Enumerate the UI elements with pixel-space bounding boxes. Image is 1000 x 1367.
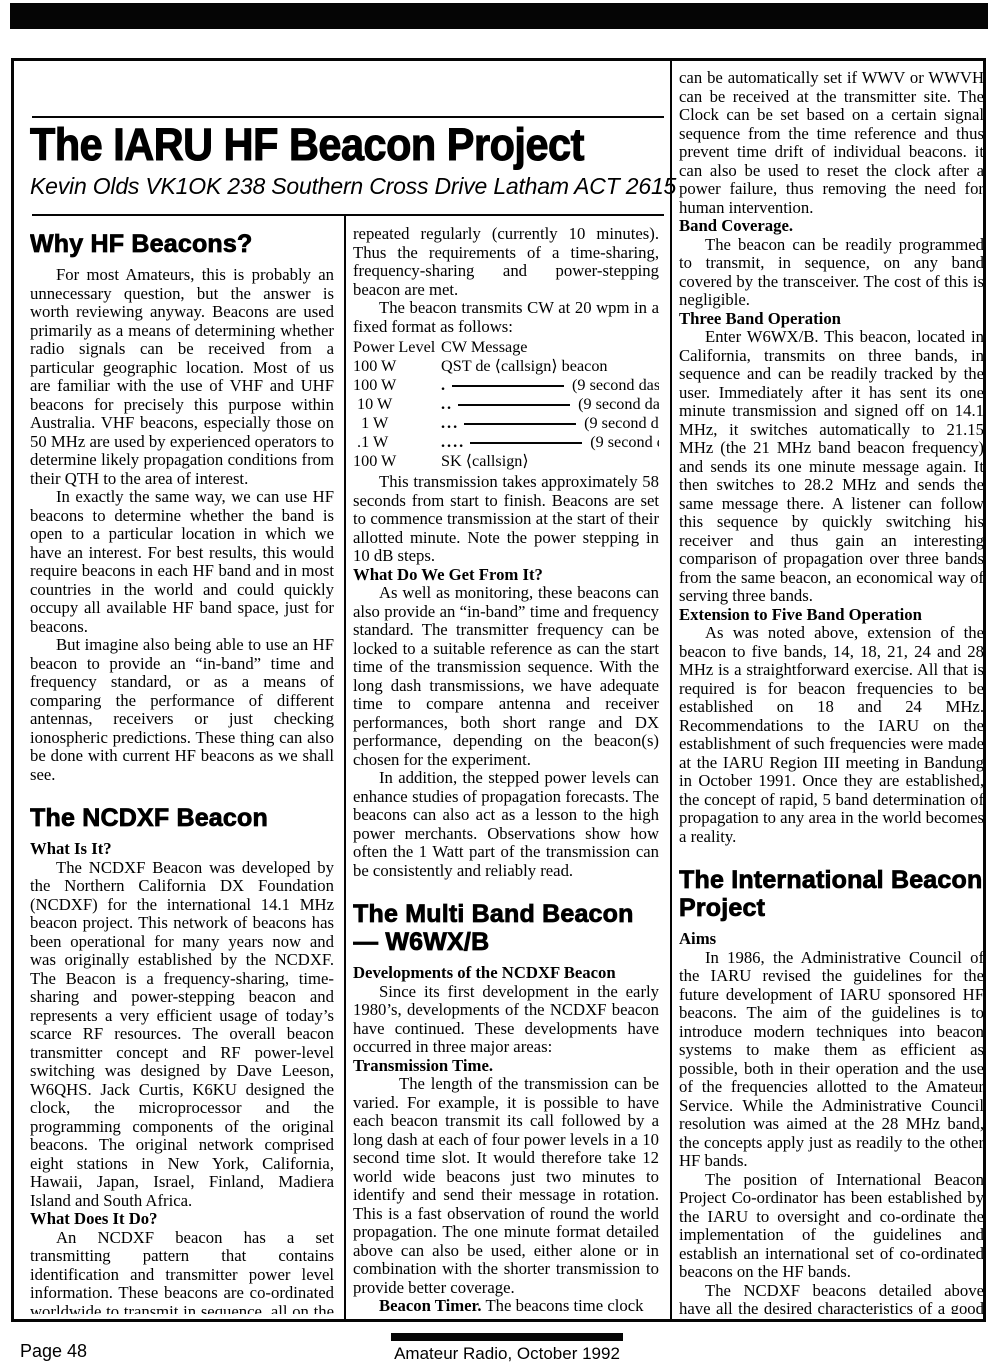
cw-message: ..(9 second dash) [441,395,659,414]
long-dash-line [464,423,576,426]
article-title: The IARU HF Beacon Project [30,121,584,169]
top-rule-bar [10,3,988,29]
cw-message: ...(9 second dash) [441,414,659,433]
column-2: repeated regularly (currently 10 minutes… [353,225,659,1314]
dash-duration-note: (9 second dash) [584,414,659,432]
column-divider-left [344,214,346,1319]
magazine-page: The IARU HF Beacon Project Kevin Olds VK… [0,0,1000,1367]
paragraph: Enter W6WX/B. This beacon, located in Ca… [679,328,984,606]
cw-message: SK ⟨callsign⟩ [441,452,659,471]
header-rule-top [32,116,664,118]
paragraph: Since its first development in the early… [353,983,659,1057]
journal-footer: Amateur Radio, October 1992 [391,1333,623,1363]
section-heading: The Multi Band Beacon — W6WX/B [353,900,659,956]
bold-lead: Beacon Timer. [379,1296,482,1314]
sub-heading: Developments of the NCDXF Beacon [353,964,659,983]
paragraph: repeated regularly (currently 10 minutes… [353,225,659,299]
sub-heading: Extension to Five Band Operation [679,606,984,625]
paragraph: In 1986, the Administrative Council of t… [679,949,984,1171]
cw-power-level: 100 W [353,452,441,471]
sub-heading: What Do We Get From It? [353,566,659,585]
paragraph: The length of the transmission can be va… [353,1075,659,1297]
sub-heading: What Does It Do? [30,1210,334,1229]
cw-table-row: 100 W.(9 second dash) [353,376,659,395]
column-3: can be automatically set if WWV or WWVH … [679,69,984,1314]
cw-dots: .... [441,433,465,451]
paragraph: In exactly the same way, we can use HF b… [30,488,334,636]
paragraph: can be automatically set if WWV or WWVH … [679,69,984,217]
cw-table-row: 10 W..(9 second dash) [353,395,659,414]
paragraph: The NCDXF beacons detailed above have al… [679,1282,984,1315]
long-dash-line [470,442,582,445]
long-dash-line [458,404,570,407]
section-heading: Why HF Beacons? [30,230,334,258]
dash-duration-note: (9 second dash) [578,395,659,413]
paragraph: In addition, the stepped power levels ca… [353,769,659,880]
article-frame: The IARU HF Beacon Project Kevin Olds VK… [11,58,986,1322]
paragraph: Beacon Timer. The beacons time clock [353,1297,659,1314]
sub-heading: Three Band Operation [679,310,984,329]
long-dash-line [452,385,564,388]
cw-dots: .. [441,395,453,413]
paragraph: But imagine also being able to use an HF… [30,636,334,784]
cw-format-table: Power LevelCW Message100 WQST de ⟨callsi… [353,338,659,471]
cw-power-level: 100 W [353,357,441,376]
sub-heading: Transmission Time. [353,1057,659,1076]
cw-message: QST de ⟨callsign⟩ beacon [441,357,659,376]
dash-duration-note: (9 second dash) [590,433,659,451]
cw-col-message-label: CW Message [441,338,659,357]
cw-dots: . [441,376,447,394]
sub-heading: Band Coverage. [679,217,984,236]
cw-message: ....(9 second dash) [441,433,659,452]
dash-duration-note: (9 second dash) [572,376,659,394]
cw-power-level: 100 W [353,376,441,395]
paragraph: The beacon can be readily programmed to … [679,236,984,310]
cw-table-row: 100 WQST de ⟨callsign⟩ beacon [353,357,659,376]
cw-col-power-label: Power Level [353,338,441,357]
section-heading: The NCDXF Beacon [30,804,334,832]
sub-heading: Aims [679,930,984,949]
paragraph: The NCDXF Beacon was developed by the No… [30,859,334,1211]
sub-heading: What Is It? [30,840,334,859]
section-heading: The International Beacon Project [679,866,984,922]
cw-power-level: .1 W [353,433,441,452]
cw-power-level: 10 W [353,395,441,414]
cw-dots: ... [441,414,459,432]
column-1: Why HF Beacons?For most Amateurs, this i… [30,228,334,1314]
paragraph: The beacon transmits CW at 20 wpm in a f… [353,299,659,336]
header-rule-bottom [32,214,664,216]
paragraph: The position of International Beacon Pro… [679,1171,984,1282]
journal-title: Amateur Radio, October 1992 [391,1344,623,1363]
page-number: Page 48 [20,1341,87,1362]
cw-power-level: 1 W [353,414,441,433]
paragraph: An NCDXF beacon has a set transmitting p… [30,1229,334,1315]
article-byline: Kevin Olds VK1OK 238 Southern Cross Driv… [30,173,676,199]
cw-table-row: 100 WSK ⟨callsign⟩ [353,452,659,471]
footer-rule-bar [391,1333,623,1341]
paragraph: As was noted above, extension of the bea… [679,624,984,846]
column-divider-right [670,61,672,1319]
paragraph: As well as monitoring, these beacons can… [353,584,659,769]
paragraph: This transmission takes approximately 58… [353,473,659,566]
cw-table-row: .1 W....(9 second dash) [353,433,659,452]
cw-message: .(9 second dash) [441,376,659,395]
cw-table-row: 1 W...(9 second dash) [353,414,659,433]
cw-table-header: Power LevelCW Message [353,338,659,357]
paragraph: For most Amateurs, this is probably an u… [30,266,334,488]
